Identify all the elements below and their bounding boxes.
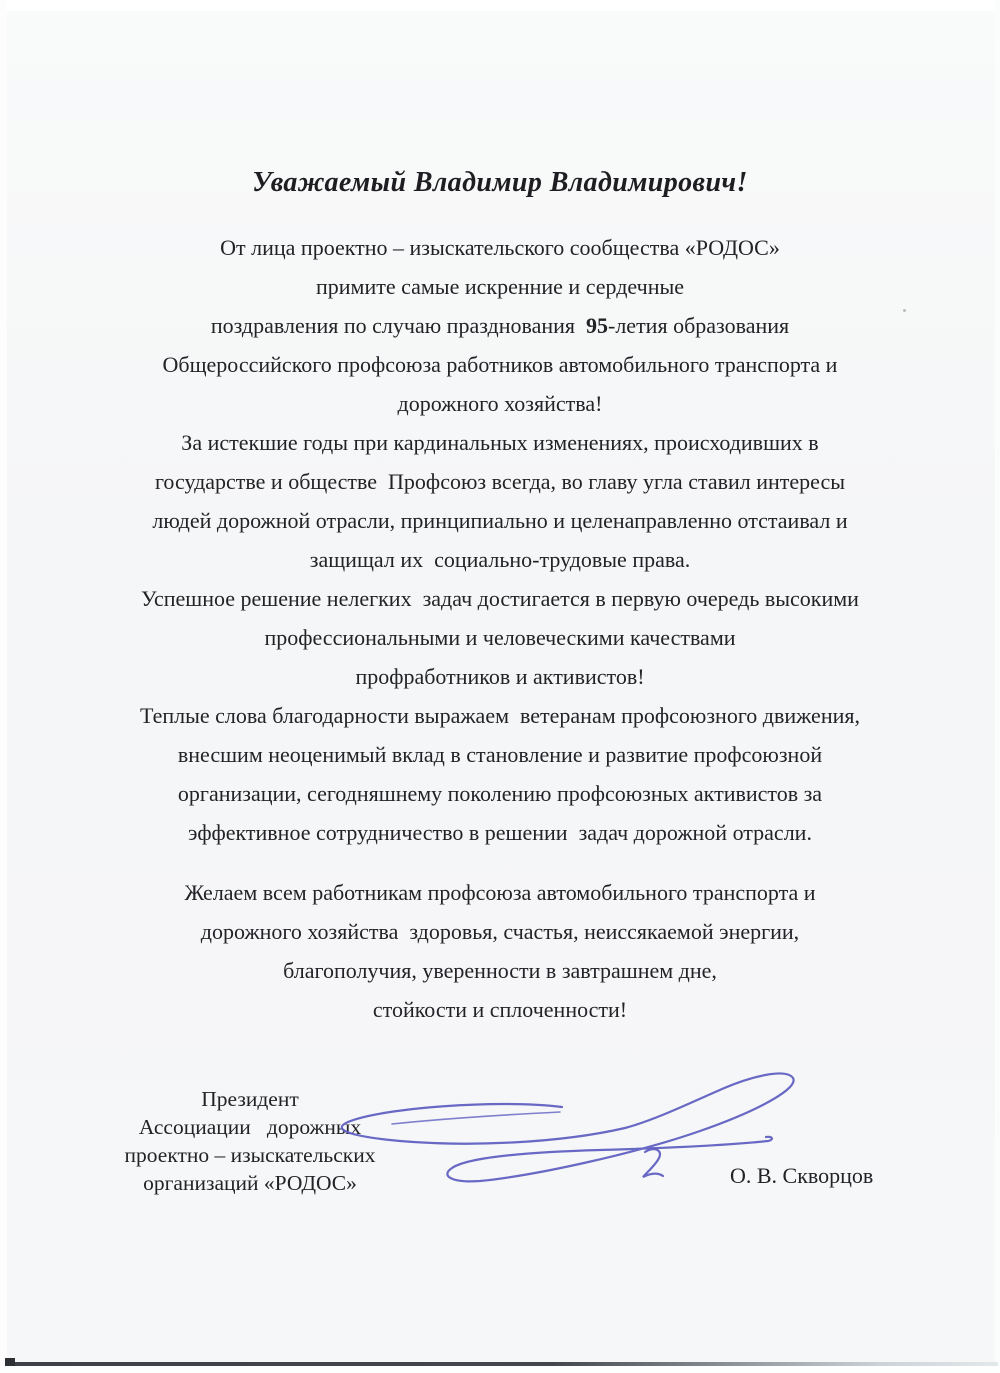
letter-line: За истекшие годы при кардинальных измене…: [84, 423, 916, 462]
letter-line: От лица проектно – изыскательского сообщ…: [84, 228, 916, 267]
letter-line: защищал их социально-трудовые права.: [84, 540, 916, 579]
anniversary-number: 95: [586, 313, 608, 338]
letter-line: организации, сегодняшнему поколению проф…: [84, 774, 916, 813]
letter-line: Общероссийского профсоюза работников авт…: [84, 345, 916, 384]
letter-body: От лица проектно – изыскательского сообщ…: [84, 228, 916, 1029]
letter-line: стойкости и сплоченности!: [84, 990, 916, 1029]
scan-edge-left: [0, 0, 7, 1373]
letter-line: Успешное решение нелегких задач достигае…: [84, 579, 916, 618]
scan-edge-top: [0, 0, 1000, 11]
scan-edge-right: [995, 0, 1000, 1373]
letter-line: Желаем всем работникам профсоюза автомоб…: [84, 873, 916, 912]
letter-salutation: Уважаемый Владимир Владимирович!: [88, 165, 912, 201]
letter-line: Теплые слова благодарности выражаем вете…: [84, 696, 916, 735]
anniversary-prefix: поздравления по случаю празднования: [211, 313, 586, 338]
letter-line: людей дорожной отрасли, принципиально и …: [84, 501, 916, 540]
letter-line: государстве и обществе Профсоюз всегда, …: [84, 462, 916, 501]
letter-line: эффективное сотрудничество в решении зад…: [84, 813, 916, 852]
letter-line: профессиональными и человеческими качест…: [84, 618, 916, 657]
letter-line: примите самые искренние и сердечные: [84, 267, 916, 306]
letter-line: дорожного хозяйства здоровья, счастья, н…: [84, 912, 916, 951]
scan-speck: [903, 309, 906, 312]
anniversary-suffix: -летия образования: [608, 313, 789, 338]
letter-line: профработников и активистов!: [84, 657, 916, 696]
letter-line: внесшим неоценимый вклад в становление и…: [84, 735, 916, 774]
scan-edge-bottom: [0, 1366, 1000, 1373]
letter-line: дорожного хозяйства!: [84, 384, 916, 423]
signoff-name: О. В. Скворцов: [730, 1163, 910, 1189]
letter-line-anniversary: поздравления по случаю празднования 95-л…: [84, 306, 916, 345]
scanned-letter-page: Уважаемый Владимир Владимирович! От лица…: [0, 0, 1000, 1373]
letter-line: благополучия, уверенности в завтрашнем д…: [84, 951, 916, 990]
